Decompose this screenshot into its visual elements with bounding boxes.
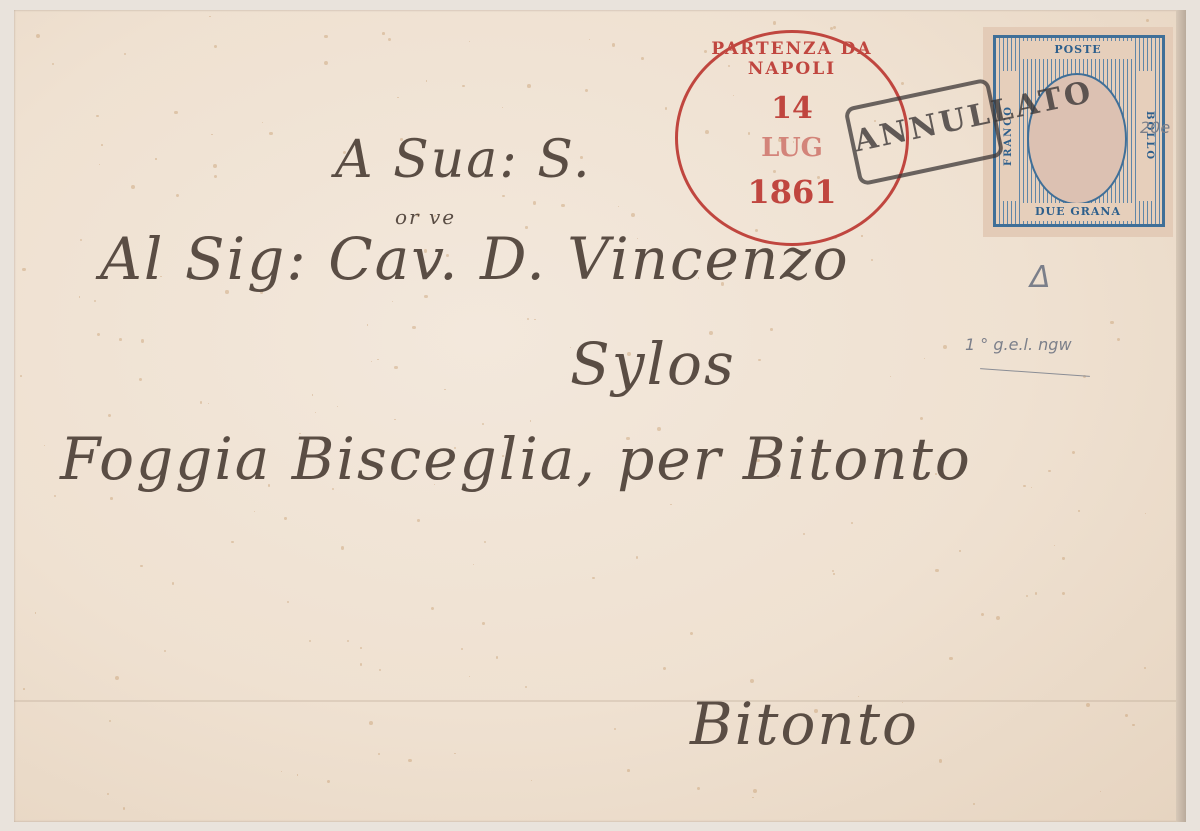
address-line-3: Sylos — [570, 330, 736, 398]
address-line-2: Al Sig: Cav. D. Vincenzo — [100, 225, 850, 293]
address-line-4: Foggia Bisceglia, per Bitonto — [60, 425, 972, 493]
stamp-top-label: POSTE — [1023, 41, 1133, 59]
address-line-5: Bitonto — [690, 690, 919, 758]
pencil-note-top: 20e — [1140, 118, 1170, 137]
pencil-mark: Δ — [1030, 260, 1051, 295]
cover-edge — [1176, 10, 1186, 822]
postmark-arc-text: PARTENZA DA NAPOLI — [678, 39, 906, 79]
address-line-1: A Sua: S. — [335, 130, 592, 190]
stamp-bottom-label: DUE GRANA — [1023, 203, 1133, 221]
fold-line — [14, 700, 1184, 702]
pencil-note-line: 1 ° g.e.l. ngw — [965, 335, 1072, 354]
